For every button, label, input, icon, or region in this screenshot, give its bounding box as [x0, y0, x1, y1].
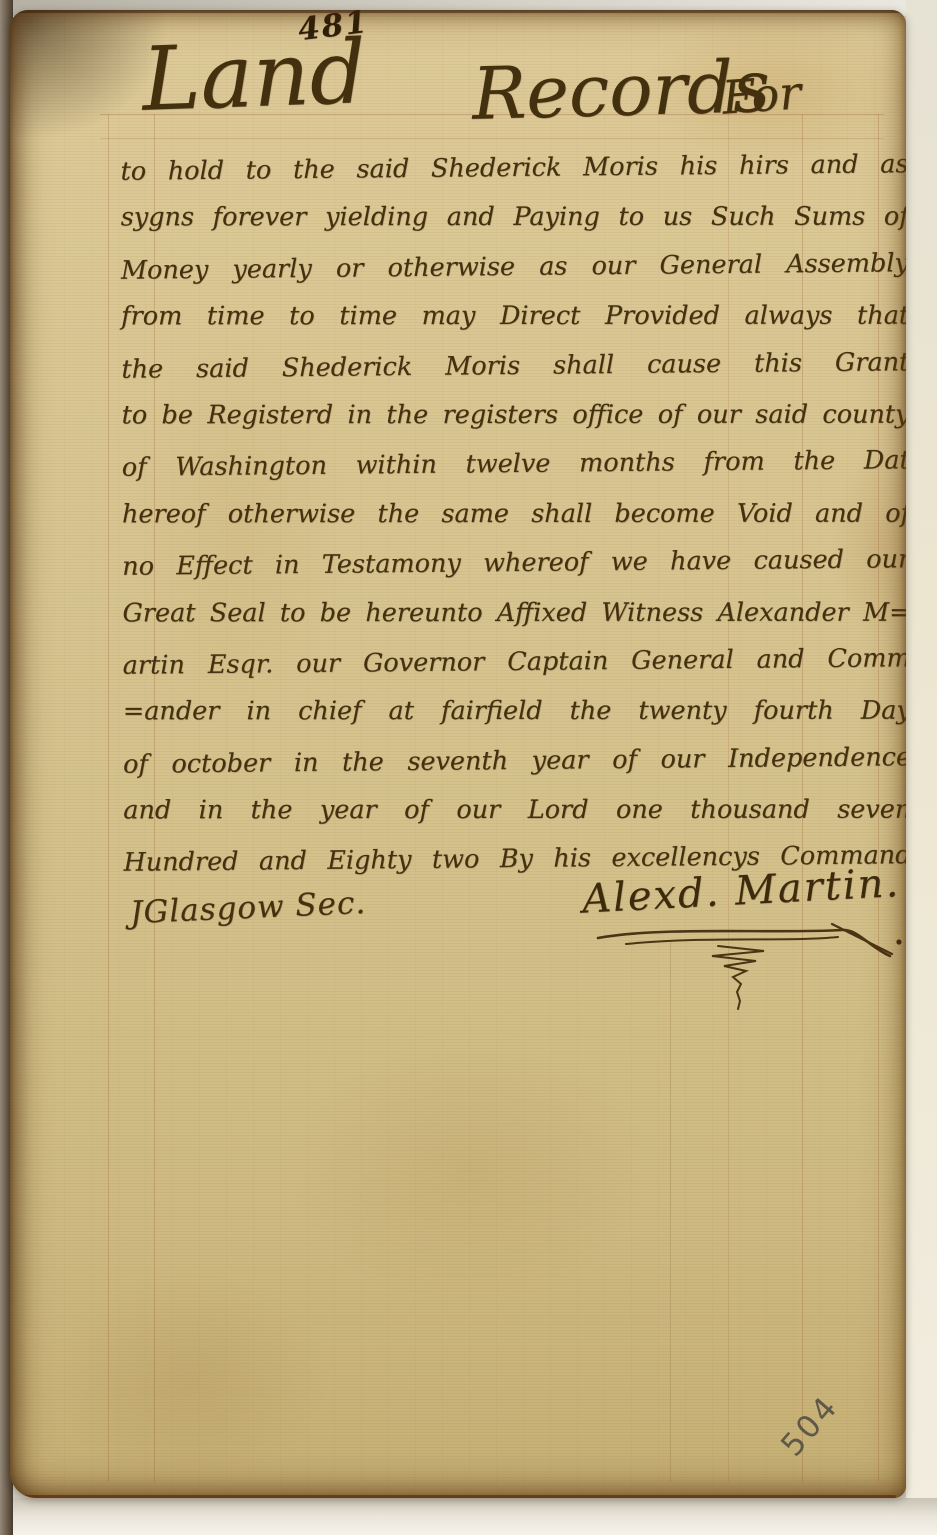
manuscript-line: sygns forever yielding and Paying to us …	[121, 193, 906, 243]
page-edge-top	[14, 10, 900, 13]
scan-backing-right	[906, 0, 937, 1535]
header-rule-bottom	[100, 138, 884, 139]
manuscript-line: from time to time may Direct Provided al…	[121, 292, 906, 342]
scanned-document: 481 Land Records For to hold to the said…	[0, 0, 937, 1535]
signature-flourish-icon	[594, 922, 904, 1017]
governor-signature-block: Alexd. Martin.	[582, 868, 906, 914]
paper-stain	[290, 1030, 650, 1310]
manuscript-line: artin Esqr. our Governor Captain General…	[122, 634, 906, 691]
manuscript-line: to be Registerd in the registers office …	[122, 391, 906, 441]
scan-backing-bottom	[0, 1498, 937, 1535]
manuscript-line: hereof otherwise the same shall become V…	[122, 489, 906, 539]
manuscript-line: =ander in chief at fairfield the twenty …	[123, 687, 906, 737]
manuscript-line: Money yearly or otherwise as our General…	[121, 239, 906, 296]
manuscript-line: the said Shederick Moris shall cause thi…	[121, 338, 906, 395]
paper-crease	[670, 940, 671, 1482]
manuscript-line: of Washington within twelve months from …	[122, 437, 906, 494]
header-title-land: Land	[140, 20, 367, 131]
ledger-page: 481 Land Records For to hold to the said…	[10, 10, 906, 1498]
manuscript-line: no Effect in Testamony whereof we have c…	[122, 535, 906, 592]
secretary-signature: JGlasgow Sec.	[129, 885, 367, 931]
manuscript-body: to hold to the said Shederick Moris his …	[120, 142, 906, 886]
margin-rule-left-outer	[108, 114, 109, 1482]
manuscript-line: Great Seal to be hereunto Affixed Witnes…	[122, 588, 906, 638]
archive-number: 504	[774, 1388, 846, 1463]
manuscript-line: of october in the seventh year of our In…	[123, 733, 906, 790]
manuscript-line: to hold to the said Shederick Moris his …	[120, 140, 906, 197]
manuscript-line: and in the year of our Lord one thousand…	[123, 786, 906, 836]
header-title-for: For	[720, 65, 803, 124]
page-edge-bottom	[18, 1495, 896, 1498]
paper-stain	[50, 1270, 330, 1490]
governor-signature: Alexd. Martin.	[581, 859, 906, 922]
